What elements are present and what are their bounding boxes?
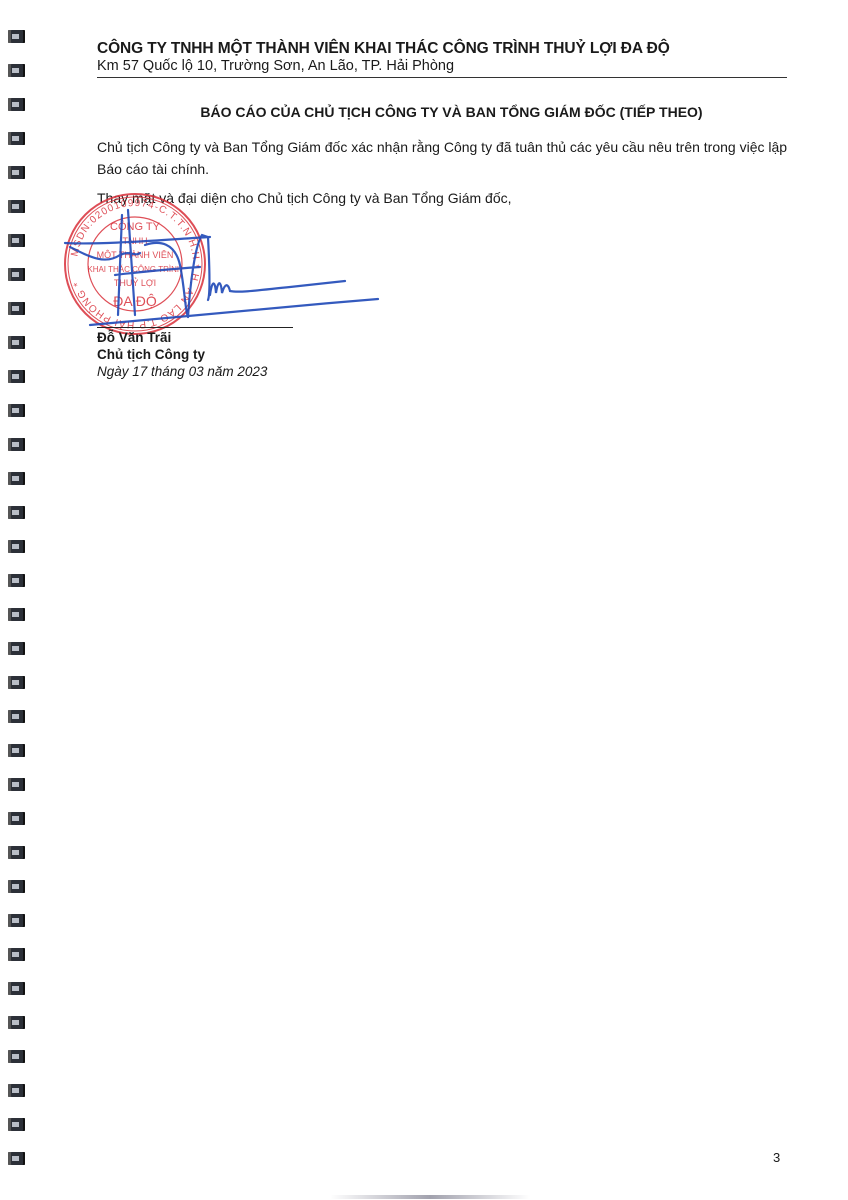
binding-hole <box>8 982 25 995</box>
signer-block: Đỗ Văn Trãi Chủ tịch Công ty Ngày 17 thá… <box>97 329 267 380</box>
binding-hole <box>8 540 25 553</box>
binding-hole <box>8 744 25 757</box>
signature-line <box>97 327 293 328</box>
binding-hole <box>8 778 25 791</box>
signature-icon <box>60 195 390 330</box>
company-name: CÔNG TY TNHH MỘT THÀNH VIÊN KHAI THÁC CÔ… <box>97 40 787 58</box>
binding-hole <box>8 676 25 689</box>
header-divider <box>97 77 787 78</box>
report-title-wrap: BÁO CÁO CỦA CHỦ TỊCH CÔNG TY VÀ BAN TỔNG… <box>0 104 848 120</box>
binding-hole <box>8 880 25 893</box>
binding-hole <box>8 574 25 587</box>
binding-hole <box>8 1118 25 1131</box>
binding-hole <box>8 608 25 621</box>
scan-shadow <box>330 1195 530 1199</box>
binding-hole <box>8 1152 25 1165</box>
binding-hole <box>8 472 25 485</box>
report-title: BÁO CÁO CỦA CHỦ TỊCH CÔNG TY VÀ BAN TỔNG… <box>200 104 702 120</box>
binding-hole <box>8 438 25 451</box>
binding-hole <box>8 846 25 859</box>
signer-name: Đỗ Văn Trãi <box>97 329 267 346</box>
binding-hole <box>8 166 25 179</box>
binding-hole <box>8 710 25 723</box>
binding-hole <box>8 30 25 43</box>
binding-hole <box>8 1084 25 1097</box>
signer-position: Chủ tịch Công ty <box>97 346 267 363</box>
binding-hole <box>8 404 25 417</box>
binding-hole <box>8 914 25 927</box>
binding-hole <box>8 200 25 213</box>
binding-hole <box>8 506 25 519</box>
binding-hole <box>8 642 25 655</box>
page-number: 3 <box>773 1150 780 1165</box>
binding-hole <box>8 1016 25 1029</box>
binding-hole <box>8 64 25 77</box>
binding-hole <box>8 370 25 383</box>
binding-hole <box>8 812 25 825</box>
confirmation-paragraph: Chủ tịch Công ty và Ban Tổng Giám đốc xá… <box>97 136 797 180</box>
binding-hole <box>8 1050 25 1063</box>
company-address: Km 57 Quốc lộ 10, Trường Sơn, An Lão, TP… <box>97 58 787 75</box>
binding-hole <box>8 132 25 145</box>
binding-hole <box>8 302 25 315</box>
binding-hole <box>8 234 25 247</box>
signing-date: Ngày 17 tháng 03 năm 2023 <box>97 363 267 380</box>
binding-hole <box>8 948 25 961</box>
binding-hole <box>8 268 25 281</box>
document-header: CÔNG TY TNHH MỘT THÀNH VIÊN KHAI THÁC CÔ… <box>97 40 787 75</box>
binding-hole <box>8 336 25 349</box>
